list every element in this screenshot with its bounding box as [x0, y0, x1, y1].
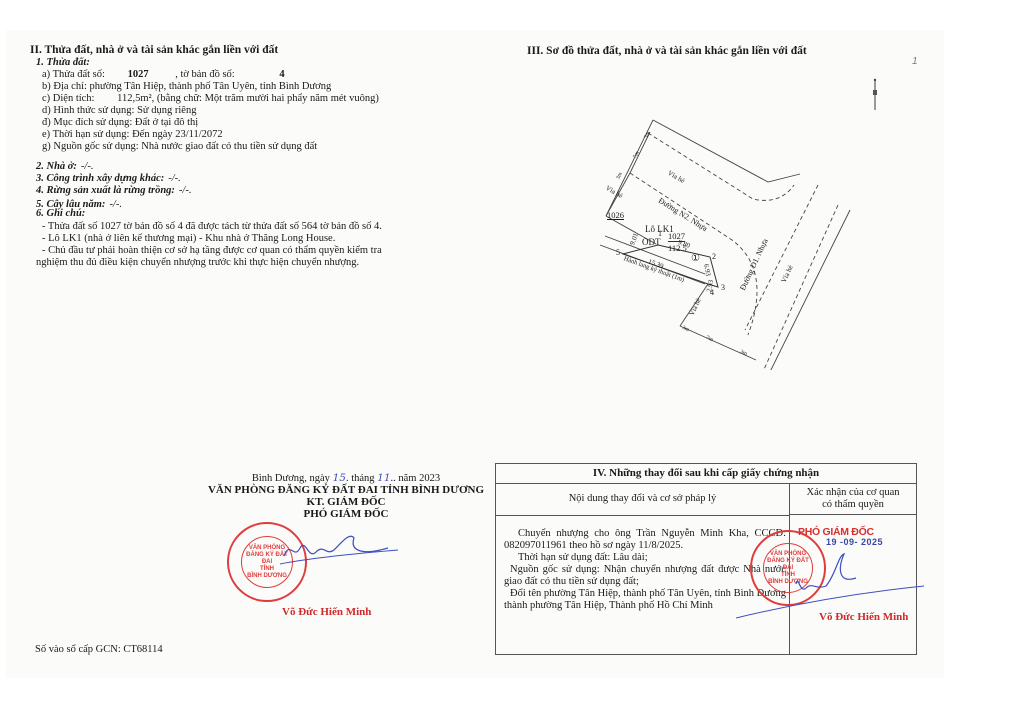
parcel-diagram-svg: 1 2 3 4 5: [560, 70, 940, 370]
usage-form-line: d) Hình thức sử dụng: Sử dụng riêng: [42, 105, 196, 117]
month-label: tháng: [351, 473, 374, 484]
section-2-title: II. Thửa đất, nhà ở và tài sản khác gắn …: [30, 44, 278, 56]
perennial-value: -/-.: [109, 199, 122, 210]
neighbor-parcel: 1026: [607, 210, 624, 220]
land-use-code: ODT: [642, 237, 661, 247]
signing-place-date: Bình Dương, ngày 15. tháng 11.. năm 2023: [196, 472, 496, 484]
column-header-line: Xác nhận của cơ quan: [790, 487, 916, 499]
parcel-label: a) Thửa đất số:: [42, 69, 105, 80]
signer-role: PHÓ GIÁM ĐỐC: [196, 508, 496, 520]
page-mark: 1: [912, 56, 918, 67]
usage-origin-line: g) Nguồn gốc sử dụng: Nhà nước giao đất …: [42, 141, 317, 153]
section-3-title: III. Sơ đồ thửa đất, nhà ở và tài sản kh…: [527, 45, 807, 57]
vertex-label: 2: [712, 252, 716, 261]
parcel-line: a) Thửa đất số: 1027 , tờ bản đồ số: 4: [42, 69, 285, 81]
signing-day: 15: [333, 472, 346, 484]
place-prefix: Bình Dương, ngày: [252, 473, 330, 484]
north-arrow-icon: [873, 79, 877, 110]
stamp-line: TỈNH: [260, 566, 274, 573]
vertex-label: 3: [721, 283, 725, 292]
vertex-label: 5: [616, 248, 620, 257]
note-item: nghiệm thu đủ điều kiện chuyển nhượng tr…: [36, 257, 359, 269]
registry-number: CT68114: [123, 644, 162, 655]
address-line: b) Địa chỉ: phường Tân Hiệp, thành phố T…: [42, 81, 331, 93]
note-item: - Thửa đất số 1027 tờ bản đồ số 4 đã đượ…: [42, 221, 382, 233]
parcel-diagram: 1 2 3 4 5 1026 Lô LK1 ODT 1027 112.5 ① 9…: [560, 70, 940, 370]
signature-scribble-icon: [280, 530, 400, 570]
usage-term-line: e) Thời hạn sử dụng: Đến ngày 23/11/2072: [42, 129, 223, 141]
signing-authority: KT. GIÁM ĐỐC: [196, 496, 496, 508]
section-4-title: IV. Những thay đổi sau khi cấp giấy chứn…: [496, 464, 916, 484]
lot-index: ①: [691, 253, 700, 264]
area-line: c) Diện tích: 112,5m², (bằng chữ: Một tr…: [42, 93, 379, 105]
registry-label: Số vào sổ cấp GCN:: [35, 644, 121, 655]
changes-table: IV. Những thay đổi sau khi cấp giấy chứn…: [495, 463, 917, 655]
map-sheet-label: , tờ bản đồ số:: [175, 69, 235, 80]
parcel-number: 1027: [128, 69, 149, 80]
area-label: c) Diện tích:: [42, 93, 94, 104]
signing-month: 11: [377, 472, 390, 484]
signer-name: Võ Đức Hiến Minh: [282, 606, 371, 618]
notes-heading: 6. Ghi chú:: [36, 208, 85, 219]
confirm-signer-name: Võ Đức Hiến Minh: [819, 611, 908, 623]
map-sheet-number: 4: [279, 69, 284, 80]
stamp-line: BÌNH DƯƠNG: [247, 573, 287, 580]
land-heading: 1. Thửa đất:: [36, 57, 90, 68]
note-item: - Lô LK1 (nhà ở liên kế thương mại) - Kh…: [42, 233, 335, 245]
forest-value: -/-.: [179, 185, 192, 196]
column-header-content: Nội dung thay đổi và cơ sở pháp lý: [496, 483, 789, 516]
column-header-line: có thẩm quyền: [790, 499, 916, 511]
year-label: năm 2023: [398, 473, 440, 484]
issuing-office: VĂN PHÒNG ĐĂNG KÝ ĐẤT ĐAI TỈNH BÌNH DƯƠN…: [186, 484, 506, 496]
registry-number-line: Số vào sổ cấp GCN: CT68114: [35, 644, 163, 656]
area-value: 112,5m², (bằng chữ: Một trăm mười hai ph…: [117, 93, 379, 104]
column-header-confirmation: Xác nhận của cơ quan có thẩm quyền: [789, 483, 916, 515]
note-item: - Chủ đầu tư phải hoàn thiện cơ sở hạ tầ…: [42, 245, 382, 257]
usage-purpose-line: đ) Mục đích sử dụng: Đất ở tại đô thị: [42, 117, 198, 129]
